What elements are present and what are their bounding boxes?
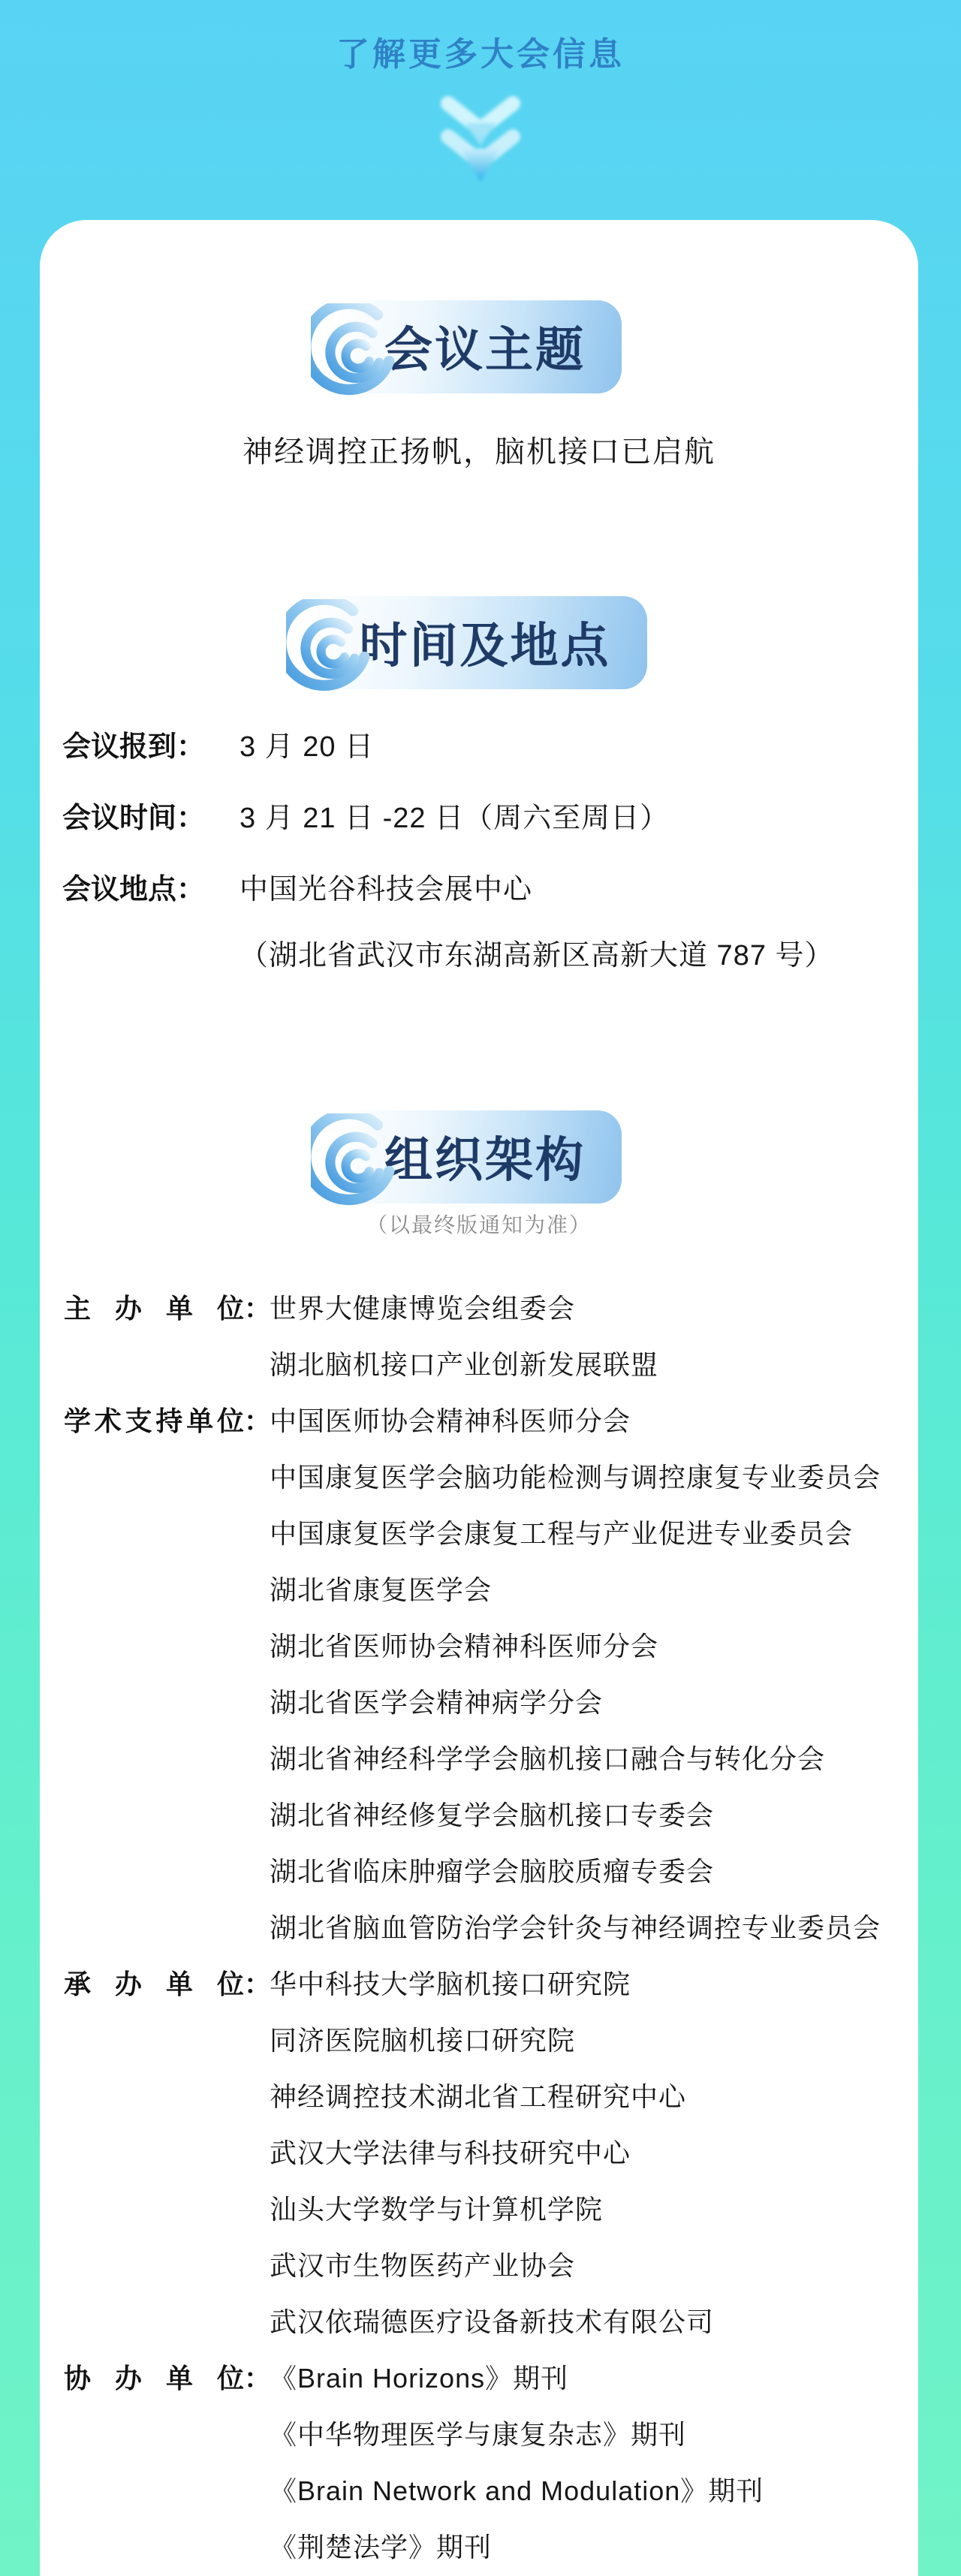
org-group-label: 协办单位 — [64, 2350, 244, 2406]
promo-page: 了解更多大会信息 会议主题 神经调控正扬帆，脑机接口已启航 — [0, 0, 961, 2576]
section-time-header: 时间及地点 — [40, 596, 918, 689]
org-note: （以最终版通知为准） — [40, 1213, 918, 1238]
org-group: 承办单位 ： 华中科技大学脑机接口研究院同济医院脑机接口研究院神经调控技术湖北省… — [64, 1956, 918, 2350]
org-item: 华中科技大学脑机接口研究院 — [270, 1956, 918, 2012]
org-group-label: 承办单位 — [64, 1956, 244, 2012]
time-row: 会议地点： 中国光谷科技会展中心 — [62, 854, 918, 926]
org-item: 武汉市生物医药产业协会 — [270, 2237, 918, 2294]
time-row-value: 3 月 21 日 -22 日（周六至周日） — [239, 783, 669, 854]
venue-address-note: （湖北省武汉市东湖高新区高新大道 787 号） — [239, 926, 918, 986]
org-group: 协办单位 ： 《Brain Horizons》期刊《中华物理医学与康复杂志》期刊… — [64, 2350, 918, 2575]
org-item: 《荆楚法学》期刊 — [270, 2519, 918, 2575]
org-item: 神经调控技术湖北省工程研究中心 — [270, 2068, 918, 2125]
time-row: 会议报到： 3 月 20 日 — [62, 712, 918, 783]
section-theme-header: 会议主题 — [40, 300, 918, 393]
org-item: 湖北省神经修复学会脑机接口专委会 — [270, 1787, 918, 1843]
time-row-value: 中国光谷科技会展中心 — [239, 854, 532, 926]
org-item: 中国康复医学会康复工程与产业促进专业委员会 — [270, 1505, 918, 1562]
time-rows: 会议报到： 3 月 20 日 会议时间： 3 月 21 日 -22 日（周六至周… — [62, 712, 918, 926]
org-group-items: 中国医师协会精神科医师分会中国康复医学会脑功能检测与调控康复专业委员会中国康复医… — [270, 1393, 918, 1956]
content-card: 会议主题 神经调控正扬帆，脑机接口已启航 时间及地点 会议报 — [40, 220, 918, 2576]
org-item: 《Brain Horizons》期刊 — [270, 2350, 918, 2406]
org-group-colon: ： — [244, 1393, 270, 1449]
org-group-colon: ： — [244, 2350, 270, 2406]
org-item: 武汉依瑞德医疗设备新技术有限公司 — [270, 2294, 918, 2350]
time-row: 会议时间： 3 月 21 日 -22 日（周六至周日） — [62, 783, 918, 854]
time-row-label: 会议报到： — [62, 712, 239, 783]
org-item: 中国医师协会精神科医师分会 — [270, 1393, 918, 1449]
org-item: 湖北省康复医学会 — [270, 1562, 918, 1618]
org-item: 武汉大学法律与科技研究中心 — [270, 2125, 918, 2181]
org-badge: 组织架构 — [336, 1110, 622, 1204]
chevron-down-icon — [432, 90, 529, 203]
org-group-items: 华中科技大学脑机接口研究院同济医院脑机接口研究院神经调控技术湖北省工程研究中心武… — [270, 1956, 918, 2350]
sound-wave-icon — [286, 599, 370, 698]
org-item: 湖北省脑血管防治学会针灸与神经调控专业委员会 — [270, 1900, 918, 1956]
sound-wave-icon — [311, 1113, 395, 1213]
org-item: 汕头大学数学与计算机学院 — [270, 2181, 918, 2237]
org-group-items: 《Brain Horizons》期刊《中华物理医学与康复杂志》期刊《Brain … — [270, 2350, 918, 2575]
section-org-header: 组织架构 — [40, 1110, 918, 1204]
org-group: 主办单位 ： 世界大健康博览会组委会湖北脑机接口产业创新发展联盟 — [64, 1280, 918, 1393]
org-item: 湖北省临床肿瘤学会脑胶质瘤专委会 — [270, 1843, 918, 1900]
org-item: 湖北省神经科学学会脑机接口融合与转化分会 — [270, 1731, 918, 1787]
time-row-value: 3 月 20 日 — [239, 712, 374, 783]
org-item: 中国康复医学会脑功能检测与调控康复专业委员会 — [270, 1449, 918, 1505]
theme-badge: 会议主题 — [336, 300, 622, 393]
org-group-colon: ： — [244, 1280, 270, 1336]
org-item: 湖北省医师协会精神科医师分会 — [270, 1618, 918, 1674]
org-item: 湖北省医学会精神病学分会 — [270, 1674, 918, 1731]
org-item: 《Brain Network and Modulation》期刊 — [270, 2463, 918, 2519]
sound-wave-icon — [311, 303, 395, 402]
time-row-label: 会议地点： — [62, 854, 239, 926]
org-group-items: 世界大健康博览会组委会湖北脑机接口产业创新发展联盟 — [270, 1280, 918, 1393]
conference-slogan: 神经调控正扬帆，脑机接口已启航 — [40, 429, 918, 475]
org-group-label: 主办单位 — [64, 1280, 244, 1336]
time-row-label: 会议时间： — [62, 783, 239, 854]
org-group-label: 学术支持单位 — [64, 1393, 244, 1449]
org-item: 《中华物理医学与康复杂志》期刊 — [270, 2406, 918, 2463]
org-group-colon: ： — [244, 1956, 270, 2012]
org-item: 同济医院脑机接口研究院 — [270, 2012, 918, 2068]
time-badge: 时间及地点 — [312, 596, 647, 689]
org-groups: 主办单位 ： 世界大健康博览会组委会湖北脑机接口产业创新发展联盟 学术支持单位 … — [64, 1280, 918, 2575]
org-item: 湖北脑机接口产业创新发展联盟 — [270, 1336, 918, 1393]
org-group: 学术支持单位 ： 中国医师协会精神科医师分会中国康复医学会脑功能检测与调控康复专… — [64, 1393, 918, 1956]
org-item: 世界大健康博览会组委会 — [270, 1280, 918, 1336]
page-title: 了解更多大会信息 — [0, 0, 961, 75]
